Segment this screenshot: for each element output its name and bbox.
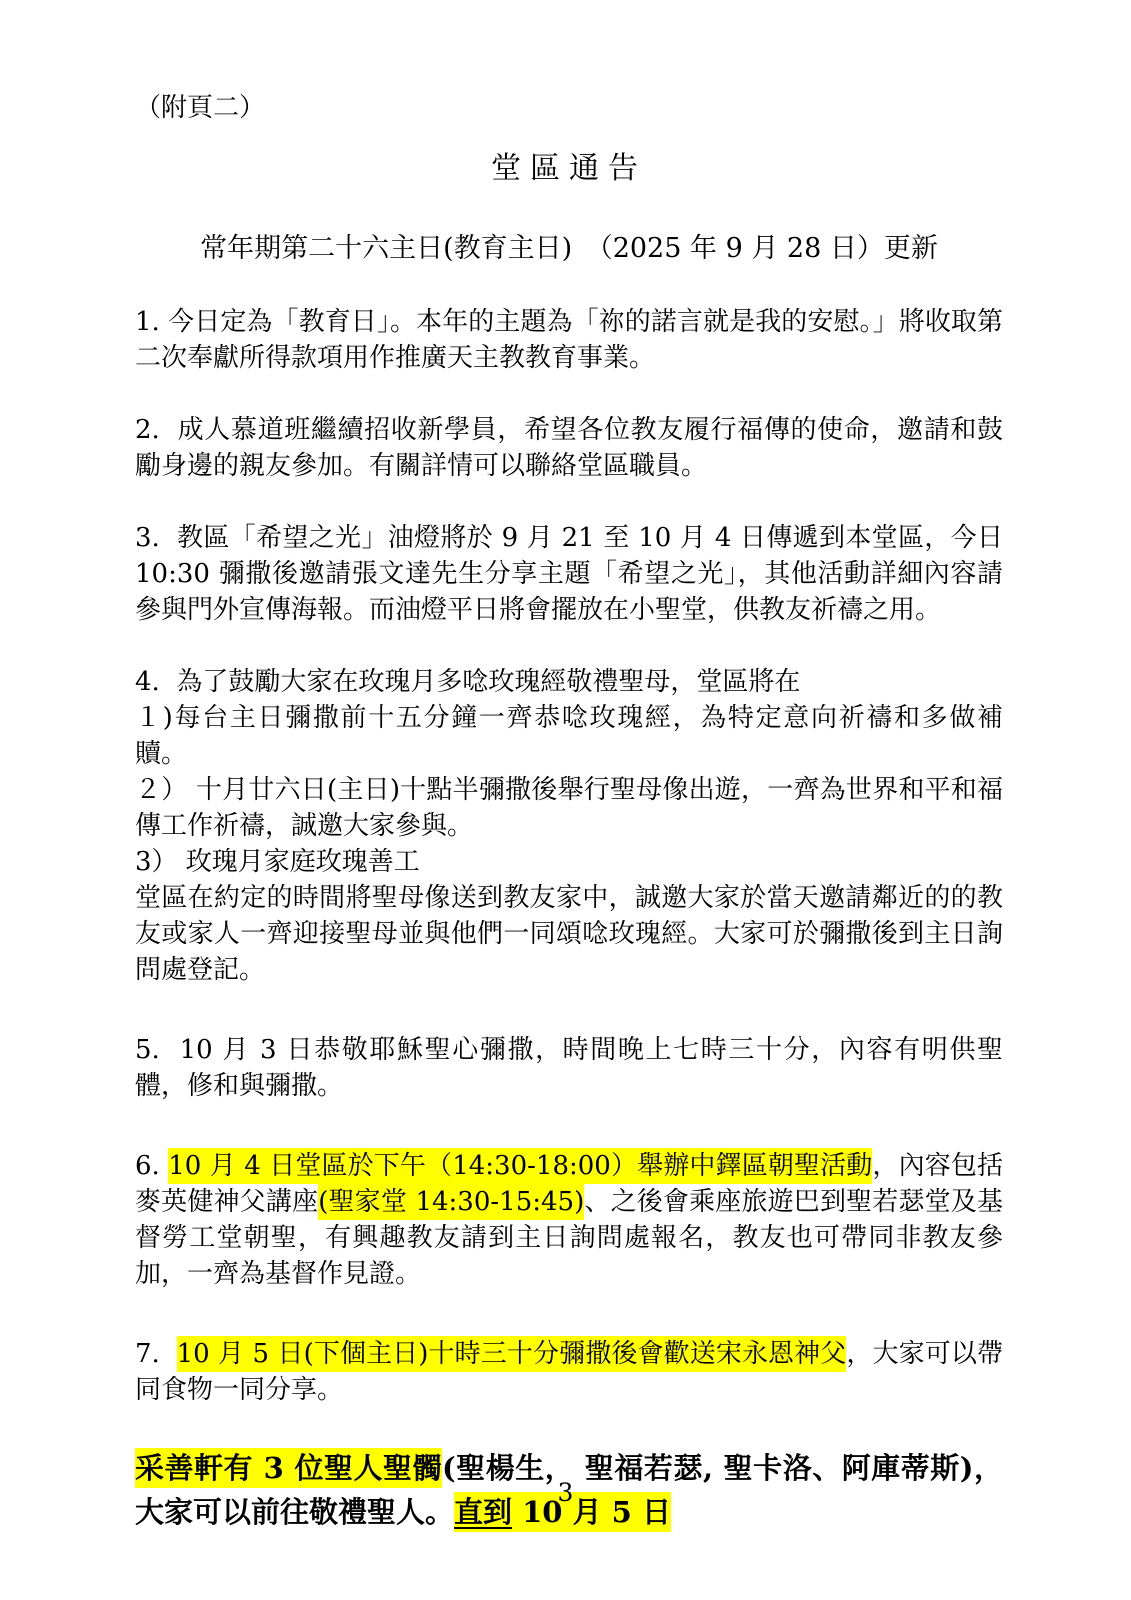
page-title: 堂區通告 <box>135 148 1003 190</box>
highlighted-text: (聖家堂 14:30-15:45) <box>318 1184 584 1220</box>
highlighted-text: 10 月 5 日(下個主日)十時三十分彌撒後會歡送宋永恩神父 <box>177 1336 847 1372</box>
page-number: 3 <box>0 1478 1131 1508</box>
text-segment: 4. 為了鼓勵大家在玫瑰月多唸玫瑰經敬禮聖母，堂區將在 １)每台主日彌撒前十五分… <box>135 667 1003 985</box>
notice-paragraph-1: 1. 今日定為「教育日」。本年的主題為「祢的諾言就是我的安慰。」將收取第二次奉獻… <box>135 304 1003 376</box>
notice-paragraph-7: 7. 10 月 5 日(下個主日)十時三十分彌撒後會歡送宋永恩神父，大家可以帶同… <box>135 1336 1003 1408</box>
text-segment: 6. <box>135 1151 168 1181</box>
text-segment: 1. 今日定為「教育日」。本年的主題為「祢的諾言就是我的安慰。」將收取第二次奉獻… <box>135 307 1003 373</box>
notice-paragraph-4: 4. 為了鼓勵大家在玫瑰月多唸玫瑰經敬禮聖母，堂區將在 １)每台主日彌撒前十五分… <box>135 664 1003 988</box>
notice-paragraph-3: 3. 教區「希望之光」油燈將於 9 月 21 至 10 月 4 日傳遞到本堂區，… <box>135 520 1003 628</box>
text-segment: 5. 10 月 3 日恭敬耶穌聖心彌撒，時間晚上七時三十分，內容有明供聖體，修和… <box>135 1035 1003 1101</box>
notices-list: 1. 今日定為「教育日」。本年的主題為「祢的諾言就是我的安慰。」將收取第二次奉獻… <box>135 304 1003 1534</box>
highlighted-text: 10 月 4 日堂區於下午（14:30-18:00）舉辦中鐸區朝聖活動 <box>168 1148 872 1184</box>
page-annotation: （附頁二） <box>135 90 1003 126</box>
text-segment: 3. 教區「希望之光」油燈將於 9 月 21 至 10 月 4 日傳遞到本堂區，… <box>135 523 1011 625</box>
text-segment: 7. <box>135 1339 177 1369</box>
page-subtitle: 常年期第二十六主日(教育主日) （2025 年 9 月 28 日）更新 <box>135 230 1003 268</box>
notice-paragraph-2: 2. 成人慕道班繼續招收新學員，希望各位教友履行福傳的使命，邀請和鼓勵身邊的親友… <box>135 412 1003 484</box>
document-page: （附頁二） 堂區通告 常年期第二十六主日(教育主日) （2025 年 9 月 2… <box>0 0 1131 1534</box>
text-segment: 2. 成人慕道班繼續招收新學員，希望各位教友履行福傳的使命，邀請和鼓勵身邊的親友… <box>135 415 1003 481</box>
notice-paragraph-5: 5. 10 月 3 日恭敬耶穌聖心彌撒，時間晚上七時三十分，內容有明供聖體，修和… <box>135 1032 1003 1104</box>
notice-paragraph-6: 6. 10 月 4 日堂區於下午（14:30-18:00）舉辦中鐸區朝聖活動，內… <box>135 1148 1003 1292</box>
